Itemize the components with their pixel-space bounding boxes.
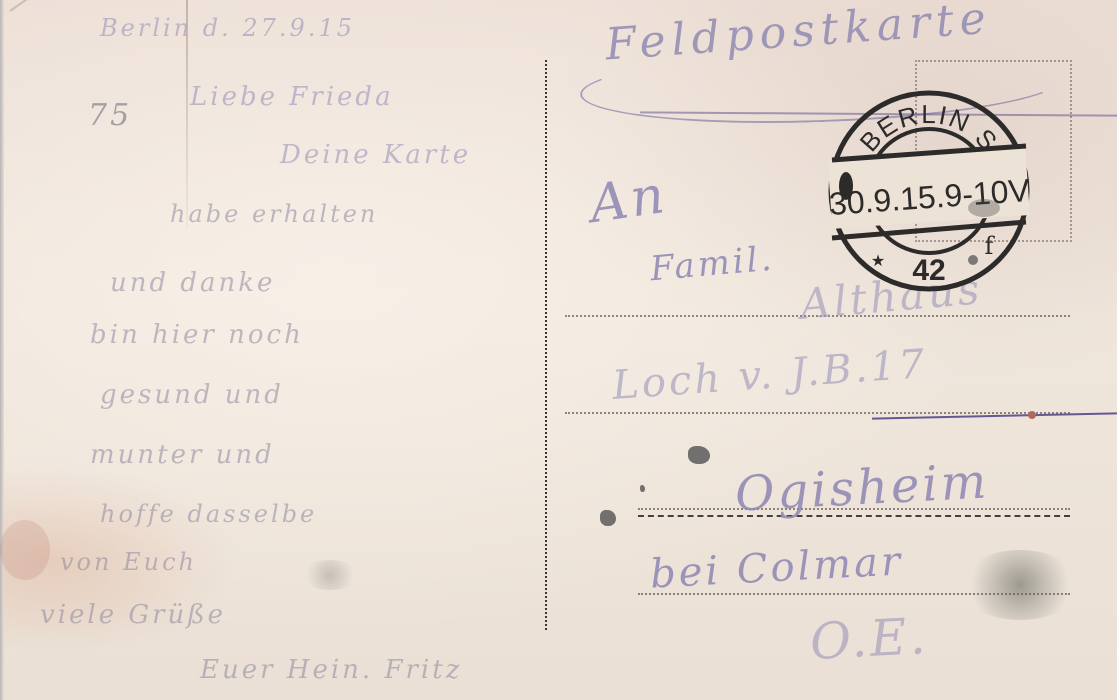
ink-blot <box>600 510 616 526</box>
postcard: Berlin d. 27.9.15 75 Liebe Frieda Deine … <box>0 0 1117 700</box>
rust-spot <box>1028 411 1036 419</box>
pencil-smudge <box>960 550 1080 620</box>
address-line: Loch v. J.B.17 <box>611 341 929 409</box>
message-line: und danke <box>110 268 275 298</box>
message-line: Deine Karte <box>280 140 471 170</box>
message-line: Liebe Frieda <box>190 82 394 112</box>
margin-note: 75 <box>88 98 132 133</box>
address-line: Ogisheim <box>734 453 991 522</box>
svg-text:42: 42 <box>912 254 945 287</box>
berlin-postmark: BERLIN S 30.9.15.9-10V 42 ★ f <box>826 88 1032 294</box>
message-line: viele Grüße <box>40 600 226 630</box>
center-divider-line <box>545 60 547 630</box>
message-line: gesund und <box>100 380 284 410</box>
address-line: Famil. <box>648 239 775 290</box>
paper-crease-corner <box>9 0 59 12</box>
ink-blot <box>688 446 710 464</box>
address-line: bei Colmar <box>649 538 904 597</box>
message-line: bin hier noch <box>90 320 304 350</box>
message-dateline: Berlin d. 27.9.15 <box>100 14 355 42</box>
message-signature: Euer Hein. Fritz <box>200 655 462 685</box>
svg-text:★: ★ <box>871 251 885 270</box>
address-line: An <box>586 165 671 235</box>
ink-speck <box>640 485 645 492</box>
address-line: O.E. <box>809 607 930 671</box>
address-line-rule <box>565 412 1070 414</box>
svg-text:f: f <box>985 232 996 260</box>
dirt-smudge <box>300 560 360 590</box>
postmark-icon: BERLIN S 30.9.15.9-10V 42 ★ f <box>826 88 1032 294</box>
rust-spot <box>0 520 50 580</box>
message-line: von Euch <box>60 548 197 576</box>
message-line: habe erhalten <box>170 200 378 228</box>
card-edge <box>0 0 4 700</box>
message-line: hoffe dasselbe <box>100 500 317 528</box>
message-line: munter und <box>90 440 275 470</box>
